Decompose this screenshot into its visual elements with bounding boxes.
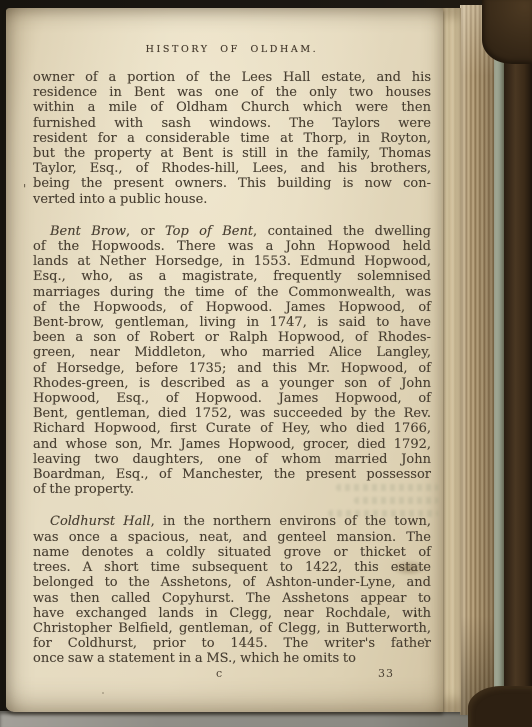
text-line: marriages during the time of the Commonw… xyxy=(33,285,431,300)
text-line: have exchanged lands in Clegg, near Roch… xyxy=(33,606,431,621)
running-header: HISTORY OF OLDHAM. xyxy=(33,44,431,55)
text-line: furnished with sash windows. The Taylors… xyxy=(33,116,431,131)
text-line: leaving two daughters, one of whom marri… xyxy=(33,452,431,467)
text-line: trees. A short time subsequent to 1422, … xyxy=(33,560,431,575)
text-line: Esq., who, as a magistrate, frequently s… xyxy=(33,269,431,284)
book-fore-edge-pages xyxy=(460,5,494,715)
text-line: owner of a portion of the Lees Hall esta… xyxy=(33,70,431,85)
paragraph: owner of a portion of the Lees Hall esta… xyxy=(33,70,431,207)
paper-stain xyxy=(392,560,426,576)
text-line: green, near Middleton, who married Alice… xyxy=(33,345,431,360)
page-number: 33 xyxy=(378,667,394,680)
text-line: Bent Brow, or Top of Bent, contained the… xyxy=(33,224,431,239)
book-cover-edge xyxy=(502,0,532,727)
text-line: Richard Hopwood, first Curate of Hey, wh… xyxy=(33,421,431,436)
paragraph: Coldhurst Hall, in the northern environs… xyxy=(33,514,431,666)
text-line: Hopwood, Esq., of Hopwood. James Hopwood… xyxy=(33,391,431,406)
text-line: verted into a public house. xyxy=(33,192,431,207)
printer-signature-mark: c xyxy=(216,667,222,680)
book-cover-corner-bottom-right xyxy=(468,686,532,727)
text-line: once saw a statement in a MS., which he … xyxy=(33,651,431,666)
show-through-text-line xyxy=(328,510,438,517)
text-line: of the Hopwoods. There was a John Hopwoo… xyxy=(33,239,431,254)
text-line: lands at Nether Horsedge, in 1553. Edmun… xyxy=(33,254,431,269)
table-surface xyxy=(0,711,532,727)
text-line: Rhodes-green, is described as a younger … xyxy=(33,376,431,391)
text-line: and whose son, Mr. James Hopwood, grocer… xyxy=(33,437,431,452)
page-body-text: owner of a portion of the Lees Hall esta… xyxy=(33,70,431,667)
text-line: residence in Bent was one of the only tw… xyxy=(33,85,431,100)
page-footer: c 33 xyxy=(33,667,431,683)
show-through-text-line xyxy=(336,484,438,491)
text-line: been a son of Robert or Ralph Hopwood, o… xyxy=(33,330,431,345)
text-line: of the Hopwoods, of Hopwood. James Hopwo… xyxy=(33,300,431,315)
text-line: for Coldhurst, prior to 1445. The writer… xyxy=(33,636,431,651)
text-line: being the present owners. This building … xyxy=(33,176,431,191)
paper-speck xyxy=(424,638,426,640)
margin-mark: ' xyxy=(23,182,26,196)
paper-speck xyxy=(414,614,417,617)
scanned-book-photo: HISTORY OF OLDHAM. owner of a portion of… xyxy=(0,0,532,727)
open-page-edge xyxy=(441,8,461,712)
text-line: Taylor, Esq., of Rhodes-hill, Lees, and … xyxy=(33,161,431,176)
show-through-text-line xyxy=(354,497,438,504)
text-line: resident for a considerable time at Thor… xyxy=(33,131,431,146)
paper-speck xyxy=(102,692,104,694)
text-line: name denotes a coldly situated grove or … xyxy=(33,545,431,560)
paragraph: Bent Brow, or Top of Bent, contained the… xyxy=(33,224,431,498)
text-line: Christopher Belfield, gentleman, of Cleg… xyxy=(33,621,431,636)
text-line: but the property at Bent is still in the… xyxy=(33,146,431,161)
text-line: Boardman, Esq., of Manchester, the prese… xyxy=(33,467,431,482)
text-line: was once a spacious, neat, and genteel m… xyxy=(33,530,431,545)
book-page: HISTORY OF OLDHAM. owner of a portion of… xyxy=(6,8,443,712)
text-line: of Horsedge, before 1735; and this Mr. H… xyxy=(33,361,431,376)
text-line: was then called Copyhurst. The Asshetons… xyxy=(33,591,431,606)
text-line: Bent-brow, gentleman, living in 1747, is… xyxy=(33,315,431,330)
text-line: belonged to the Asshetons, of Ashton-und… xyxy=(33,575,431,590)
text-line: Bent, gentleman, died 1752, was succeede… xyxy=(33,406,431,421)
book-cover-corner-top-right xyxy=(482,0,532,64)
text-line: within a mile of Oldham Church which wer… xyxy=(33,100,431,115)
